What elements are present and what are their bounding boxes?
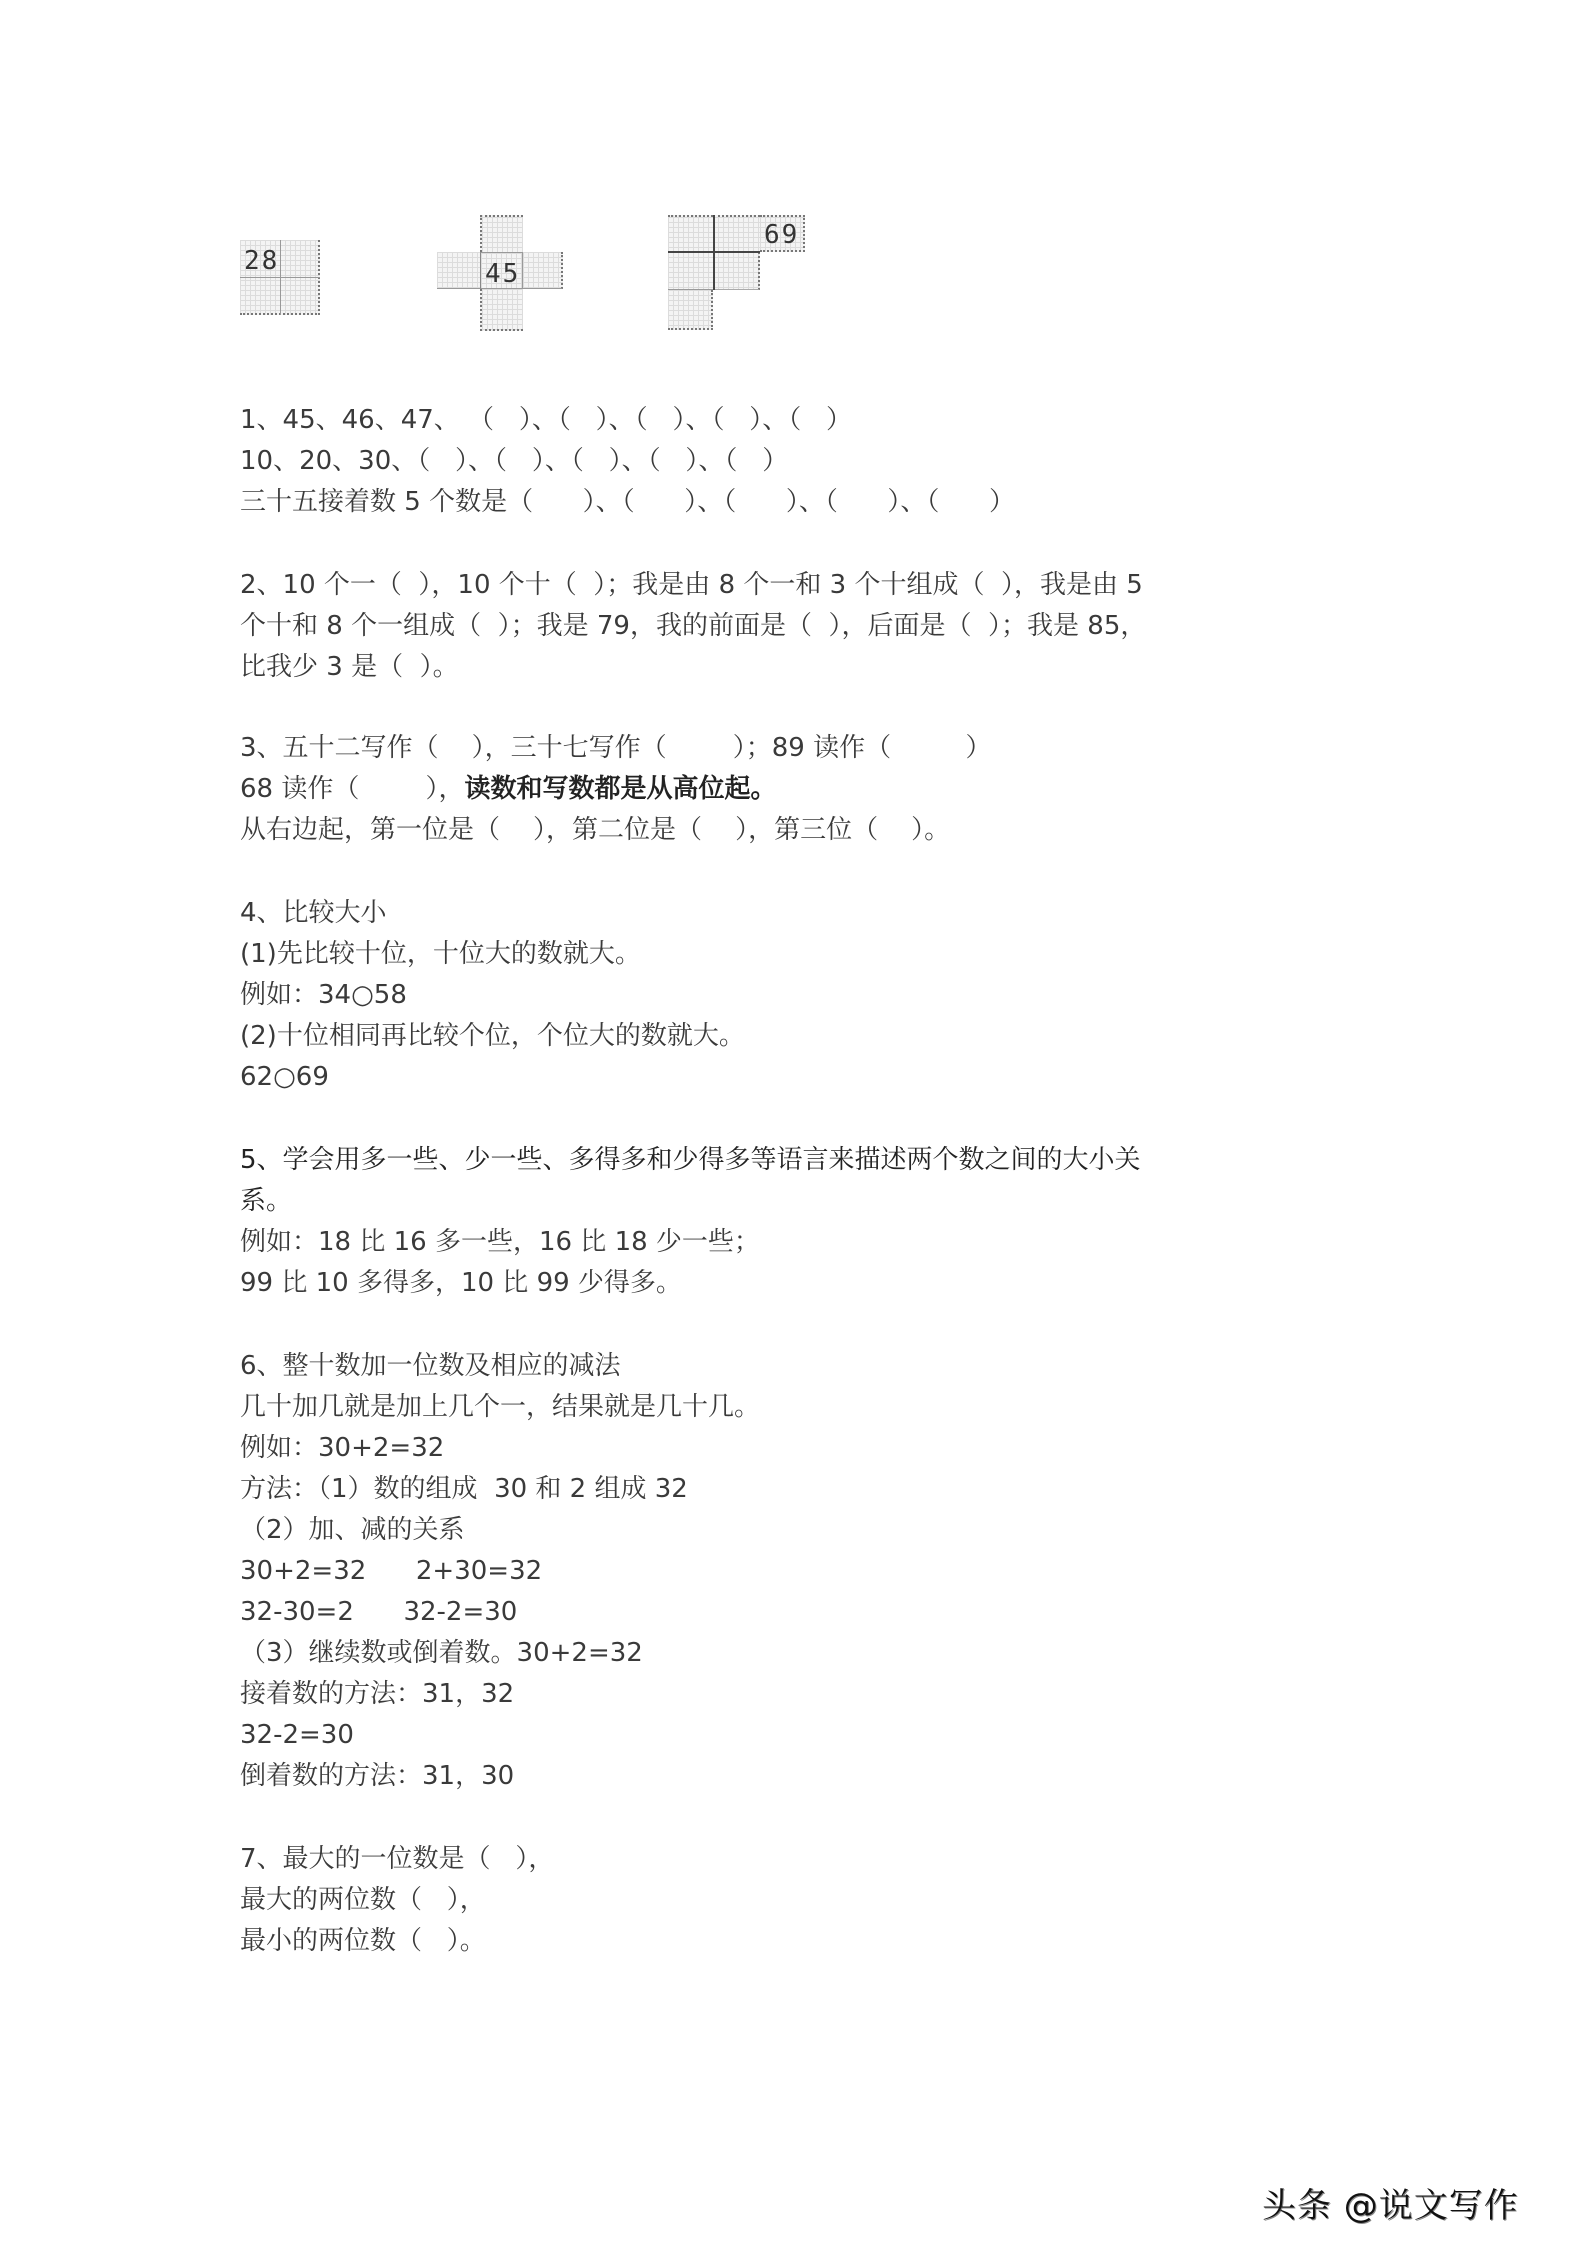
text-line: 最小的两位数（ ）。	[240, 1921, 1360, 1962]
text-line: 倒着数的方法：31，30	[240, 1756, 1360, 1797]
place-value-figures: 28 45 69	[240, 205, 820, 340]
text-line: (1)先比较十位，十位大的数就大。	[240, 934, 1360, 975]
text-line: 10、20、30、（ ）、（ ）、（ ）、（ ）、（ ）	[240, 441, 1360, 482]
text-line: 32-30=2 32-2=30	[240, 1592, 1360, 1633]
section-heading-cont: 系。	[240, 1181, 1360, 1222]
text-line: 例如：18 比 16 多一些，16 比 18 少一些；	[240, 1222, 1360, 1263]
document-body: 1、45、46、47、 （ ）、（ ）、（ ）、（ ）、（ ） 10、20、30…	[240, 400, 1360, 1962]
text-line: 例如：34○58	[240, 975, 1360, 1016]
text-line: 1、45、46、47、 （ ）、（ ）、（ ）、（ ）、（ ）	[240, 400, 1360, 441]
section-heading: 5、学会用多一些、少一些、多得多和少得多等语言来描述两个数之间的大小关	[240, 1140, 1360, 1181]
text-line: 99 比 10 多得多，10 比 99 少得多。	[240, 1263, 1360, 1304]
section-4-compare: 4、比较大小 (1)先比较十位，十位大的数就大。 例如：34○58 (2)十位相…	[240, 893, 1360, 1098]
text-line: 比我少 3 是（ ）。	[240, 647, 1360, 688]
text-line: 62○69	[240, 1057, 1360, 1098]
text-line: 从右边起，第一位是（ ），第二位是（ ），第三位（ ）。	[240, 810, 1360, 851]
section-heading: 4、比较大小	[240, 893, 1360, 934]
section-6-addition-subtraction: 6、整十数加一位数及相应的减法 几十加几就是加上几个一，结果就是几十几。 例如：…	[240, 1346, 1360, 1797]
text-line: (2)十位相同再比较个位，个位大的数就大。	[240, 1016, 1360, 1057]
figure-69-grid: 69	[668, 215, 808, 335]
text-line: 个十和 8 个一组成（ ）；我是 79，我的前面是（ ），后面是（ ）；我是 8…	[240, 606, 1360, 647]
text-line: 三十五接着数 5 个数是（ ）、（ ）、（ ）、（ ）、（ ）	[240, 482, 1360, 523]
text-line: 2、10 个一（ ），10 个十（ ）；我是由 8 个一和 3 个十组成（ ），…	[240, 565, 1360, 606]
text-line: （2）加、减的关系	[240, 1510, 1360, 1551]
text-line: 68 读作（ ），读数和写数都是从高位起。	[240, 769, 1360, 810]
section-5-describing-relations: 5、学会用多一些、少一些、多得多和少得多等语言来描述两个数之间的大小关 系。 例…	[240, 1140, 1360, 1304]
section-heading: 7、最大的一位数是（ ），	[240, 1839, 1360, 1880]
watermark: 头条 @说文写作	[1262, 2178, 1519, 2227]
text-line: 例如：30+2=32	[240, 1428, 1360, 1469]
text-line: 3、五十二写作（ ），三十七写作（ ）；89 读作（ ）	[240, 728, 1360, 769]
text-line: 32-2=30	[240, 1715, 1360, 1756]
section-7-largest-smallest: 7、最大的一位数是（ ）， 最大的两位数（ ）， 最小的两位数（ ）。	[240, 1839, 1360, 1962]
text-line: 接着数的方法：31，32	[240, 1674, 1360, 1715]
section-3-reading-writing: 3、五十二写作（ ），三十七写作（ ）；89 读作（ ） 68 读作（ ），读数…	[240, 728, 1360, 851]
figure-45-grid: 45	[437, 215, 562, 335]
text-plain: 68 读作（ ），	[240, 774, 464, 804]
figure-number: 28	[244, 248, 279, 274]
figure-number: 45	[485, 261, 520, 287]
text-line: 几十加几就是加上几个一，结果就是几十几。	[240, 1387, 1360, 1428]
section-heading: 6、整十数加一位数及相应的减法	[240, 1346, 1360, 1387]
text-line: 方法：（1）数的组成 30 和 2 组成 32	[240, 1469, 1360, 1510]
figure-number: 69	[764, 222, 799, 248]
figure-28-grid: 28	[240, 240, 320, 315]
text-line: 30+2=32 2+30=32	[240, 1551, 1360, 1592]
text-line: （3）继续数或倒着数。30+2=32	[240, 1633, 1360, 1674]
text-line: 最大的两位数（ ），	[240, 1880, 1360, 1921]
section-1-counting: 1、45、46、47、 （ ）、（ ）、（ ）、（ ）、（ ） 10、20、30…	[240, 400, 1360, 523]
text-bold-rule: 读数和写数都是从高位起。	[464, 774, 776, 804]
section-2-number-composition: 2、10 个一（ ），10 个十（ ）；我是由 8 个一和 3 个十组成（ ），…	[240, 565, 1360, 688]
